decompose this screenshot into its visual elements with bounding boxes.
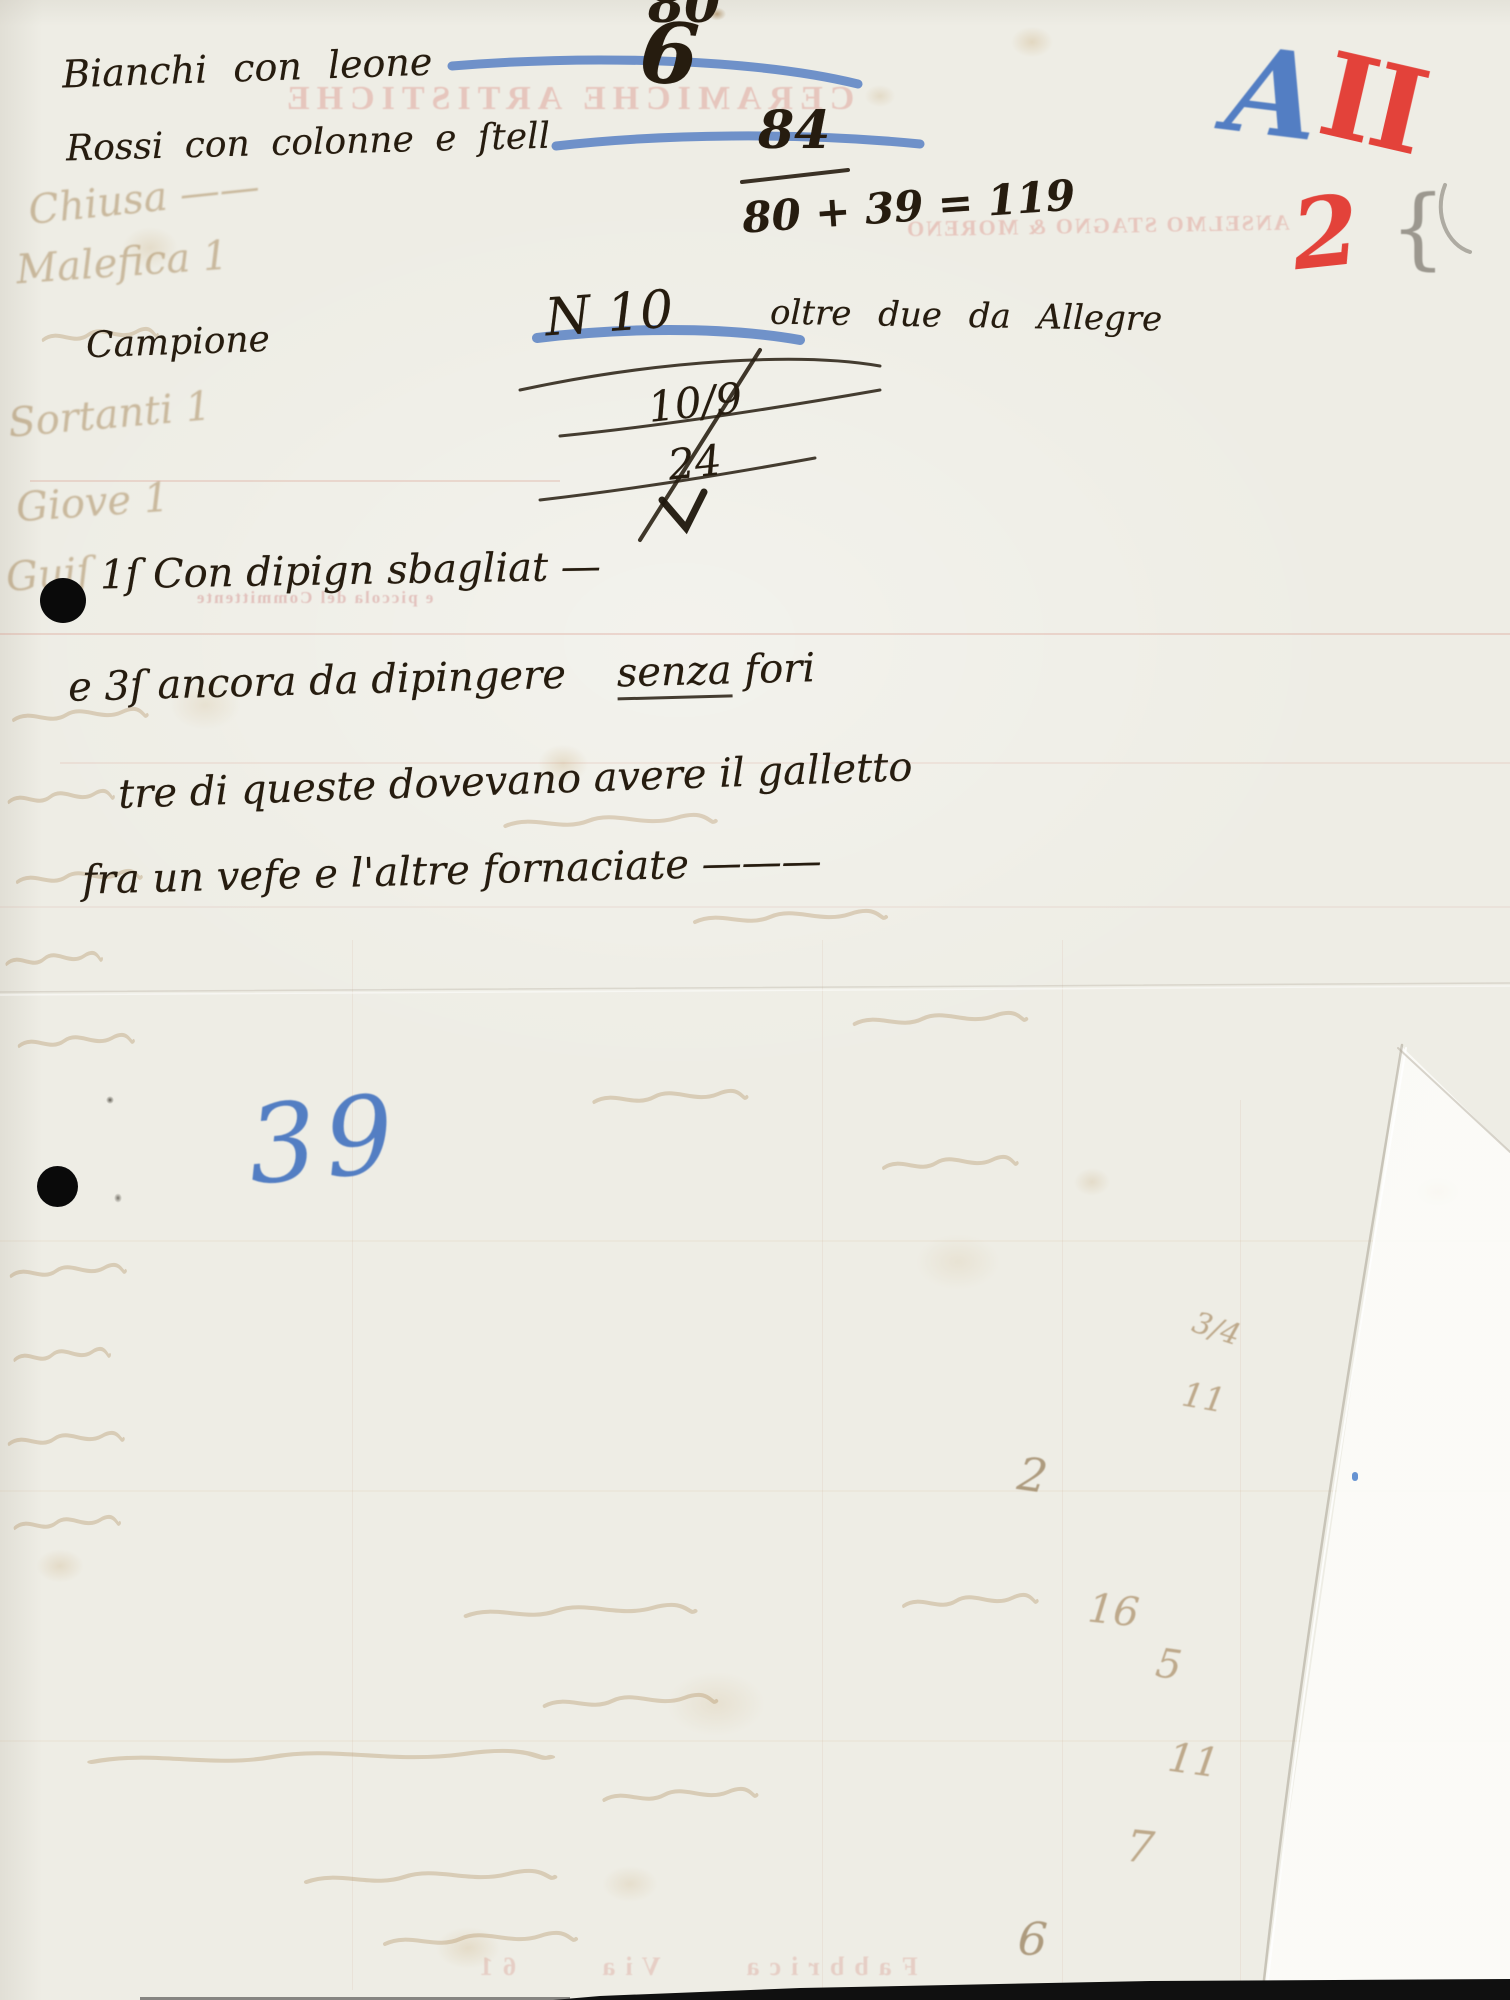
paper-stains [0, 0, 1510, 2000]
note-line-2-gap [578, 650, 617, 697]
fraction-top: 10/9 [646, 373, 745, 432]
manuscript-page: Chiusa —— Malefica 1 Sortanti 1 Giove 1 … [0, 0, 1510, 2000]
ghost-number: 16 [1086, 1585, 1141, 1636]
fraction-bottom: 24 [666, 435, 724, 489]
ghost-number: 11 [1179, 1375, 1229, 1422]
note-line-1: 1ſ Con dipign sbagliat — [100, 544, 602, 599]
ghost-number: 6 [1016, 1911, 1049, 1967]
campione-number: N 10 [543, 280, 675, 349]
note-line-2-underlined: senza [616, 647, 732, 700]
row1-value: 6 [637, 2, 702, 105]
letterhead-bottom-mirrored: Fabbrica Via 61 [470, 1952, 918, 1982]
hole-punch-bottom [37, 1166, 78, 1207]
blue-count-39: 39 [243, 1072, 407, 1210]
note-line-2-end: fori [744, 645, 816, 693]
red-number-2: 2 [1286, 173, 1364, 292]
hole-punch-top [40, 578, 86, 623]
row2-value: 84 [758, 100, 830, 161]
pencil-brace: { [1390, 176, 1446, 279]
ghost-number: 11 [1165, 1735, 1222, 1788]
campione-rest: oltre due da Allegre [770, 293, 1163, 340]
campione-word: Campione [85, 319, 270, 366]
blue-speck [1352, 1472, 1358, 1481]
ghost-number: 7 [1123, 1821, 1156, 1875]
